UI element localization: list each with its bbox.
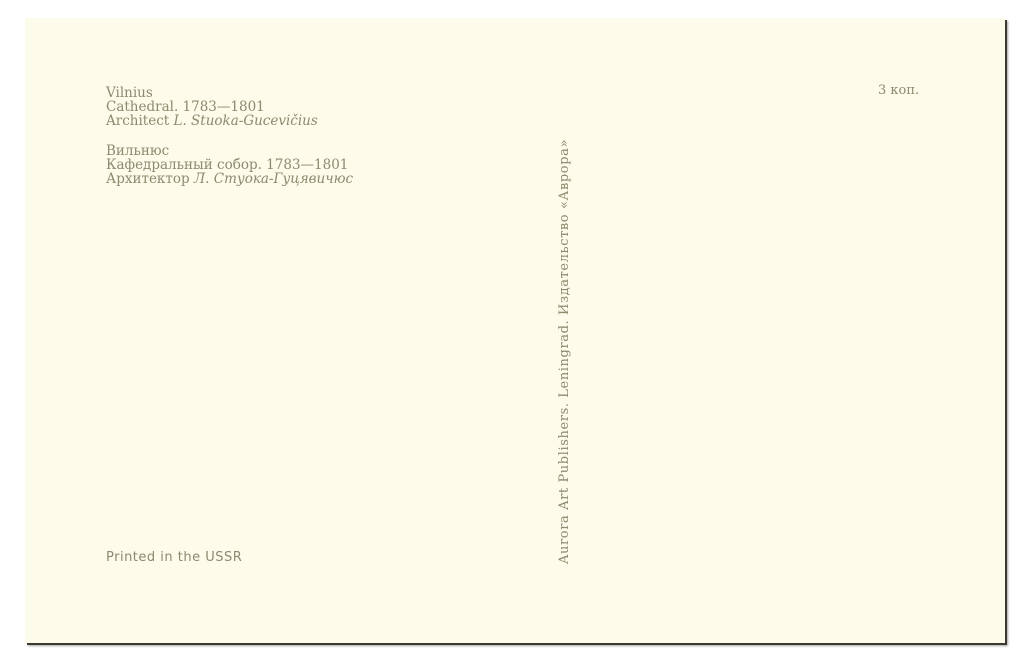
architect-name-ru: Л. Стуока-Гуцявичюс [194, 171, 353, 187]
caption-title-en: Cathedral. 1783—1801 [106, 100, 318, 114]
caption-city-ru: Вильнюс [106, 144, 353, 158]
price-label: 3 коп. [878, 83, 919, 98]
publisher-line: Aurora Art Publishers. Leningrad. Издате… [557, 139, 572, 564]
architect-name-en: L. Stuoka-Gucevičius [173, 113, 317, 129]
architect-label-en: Architect [106, 113, 169, 129]
printed-in-label: Printed in the USSR [106, 550, 242, 565]
architect-label-ru: Архитектор [106, 171, 190, 187]
caption-russian: Вильнюс Кафедральный собор. 1783—1801 Ар… [106, 144, 353, 186]
postcard-back: Vilnius Cathedral. 1783—1801 Architect L… [25, 18, 1005, 643]
caption-city-en: Vilnius [106, 86, 318, 100]
caption-title-ru: Кафедральный собор. 1783—1801 [106, 158, 353, 172]
caption-architect-ru: Архитектор Л. Стуока-Гуцявичюс [106, 172, 353, 186]
caption-architect-en: Architect L. Stuoka-Gucevičius [106, 114, 318, 128]
caption-english: Vilnius Cathedral. 1783—1801 Architect L… [106, 86, 318, 128]
scan-background: Vilnius Cathedral. 1783—1801 Architect L… [0, 0, 1024, 662]
